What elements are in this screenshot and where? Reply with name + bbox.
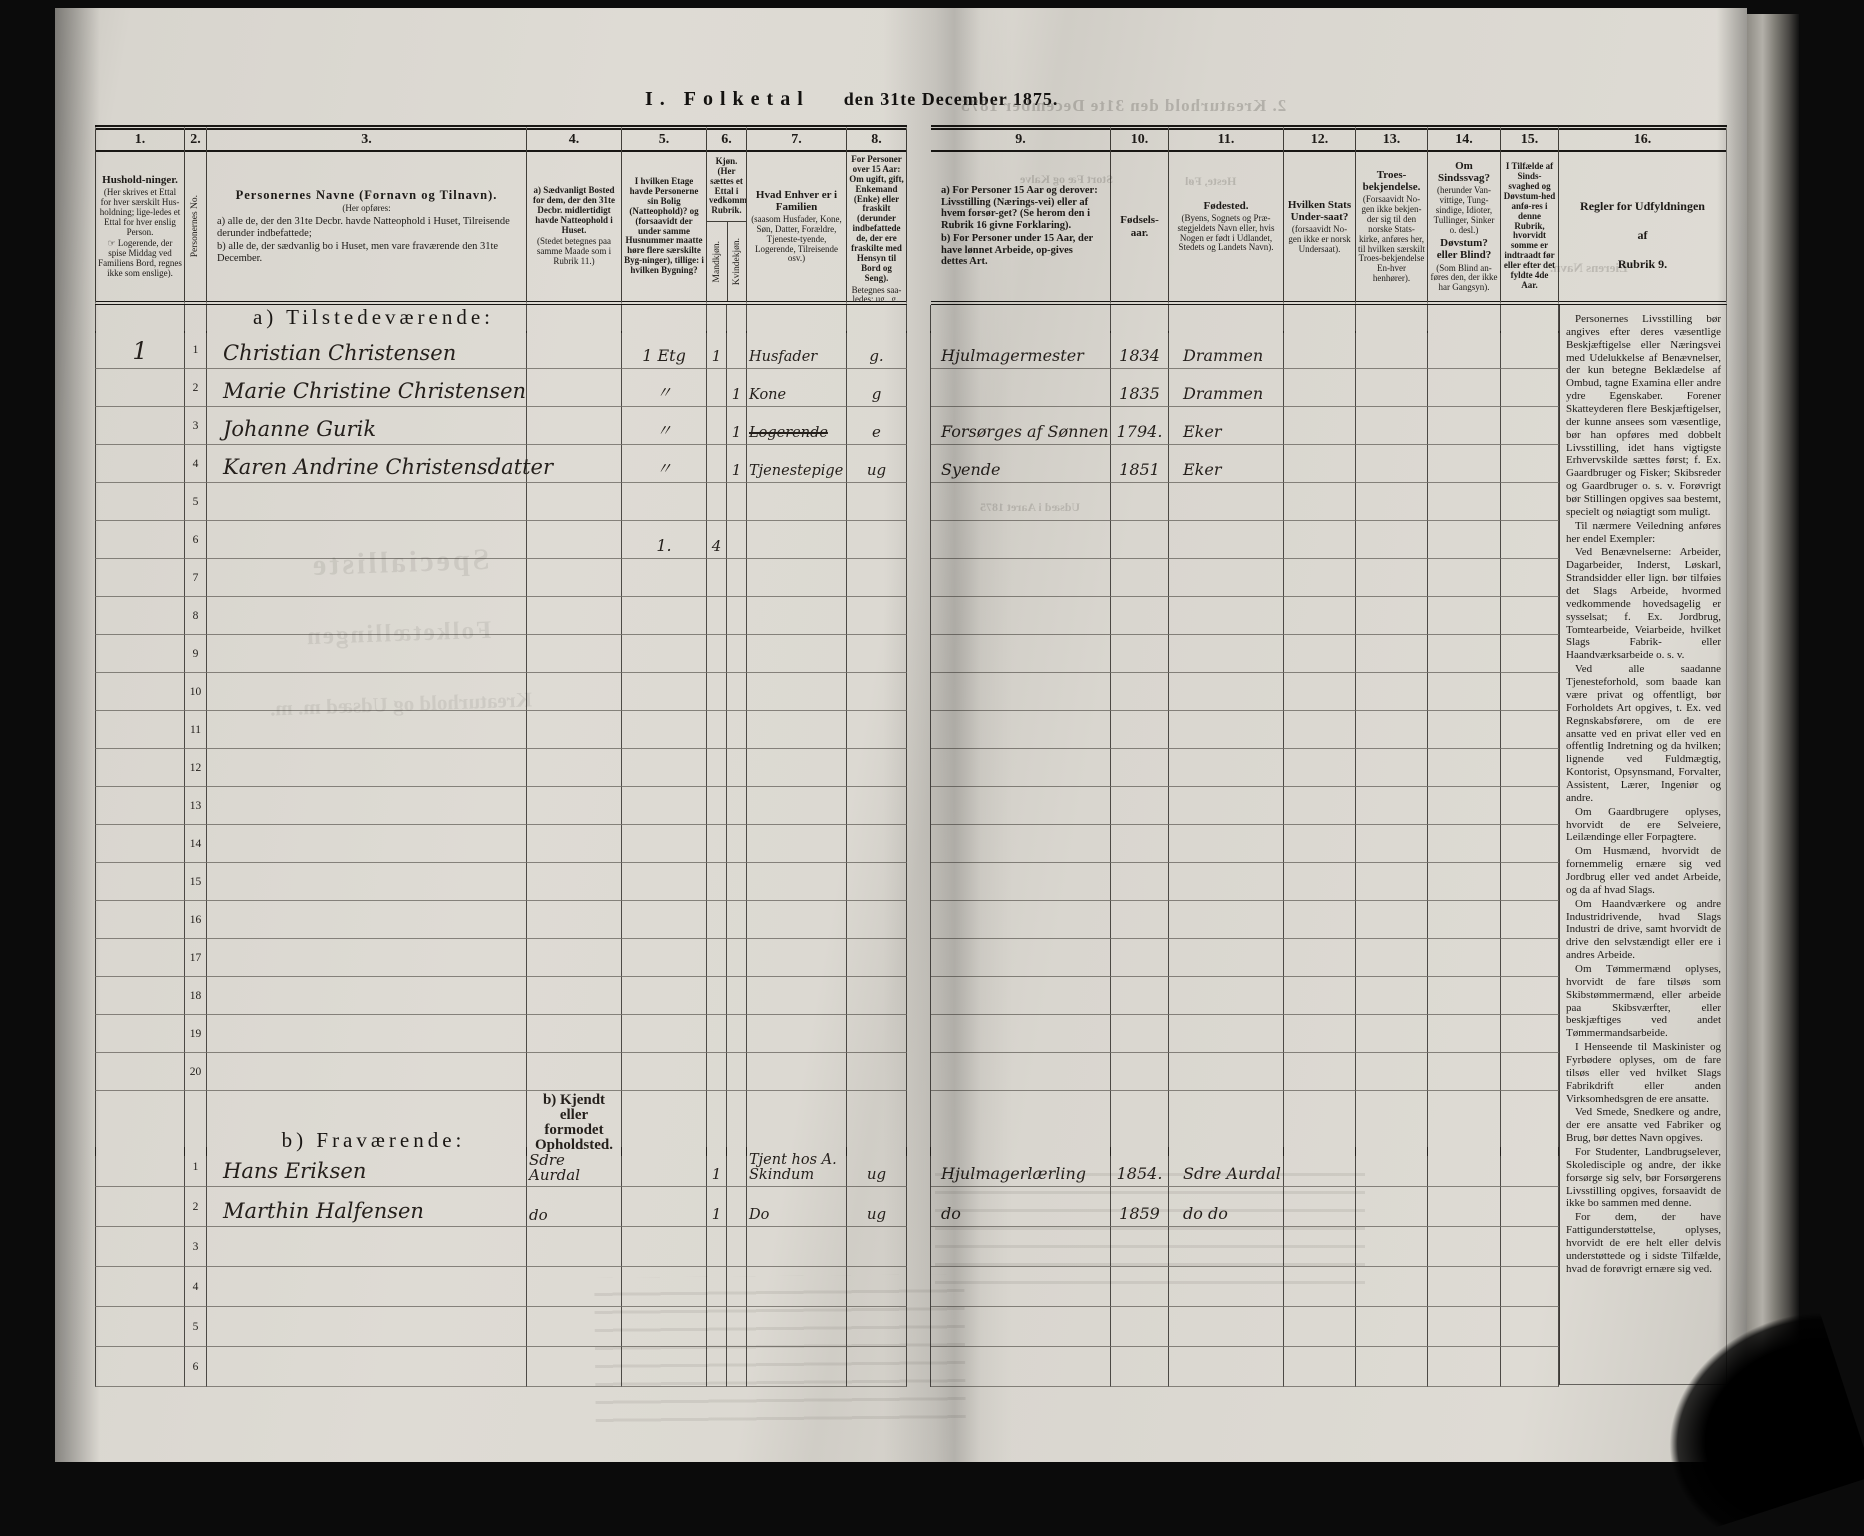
cell-no: 6 (185, 521, 207, 559)
col-text: a) Sædvanligt Bosted for dem, der den 31… (529, 186, 619, 235)
table-row: 14 (95, 825, 1559, 863)
cell-m (707, 1053, 727, 1091)
cell-sted: Drammen (1169, 369, 1284, 407)
cell-no: 2 (185, 369, 207, 407)
table-row: 18 (95, 977, 1559, 1015)
instruction-paragraph: For Studenter, Landbrugselever, Skoledis… (1566, 1146, 1721, 1210)
col-header-husholdninger: 1. Hushold-ninger. (Her skrives et Ettal… (95, 125, 185, 305)
cell-tilf (1501, 483, 1559, 521)
cell-tilf (1501, 521, 1559, 559)
cell-stats (1284, 521, 1356, 559)
cell-hh (95, 483, 185, 521)
cell-sind (1428, 331, 1501, 369)
cell-familie (747, 1053, 847, 1091)
col-title: Hvad Enhver er i Familien (749, 189, 844, 213)
cell-bosted (527, 673, 622, 711)
col-note: (forsaavidt No-gen ikke er norsk Undersa… (1286, 225, 1353, 255)
cell-troes (1356, 331, 1428, 369)
col-title: Fødested. (1171, 200, 1281, 212)
cell-k (727, 1347, 747, 1387)
cell-no: 6 (185, 1347, 207, 1387)
cell-aar (1111, 939, 1169, 977)
cell-name: a) Tilstedeværende: (207, 305, 527, 333)
cell-troes (1356, 977, 1428, 1015)
cell-name (207, 1015, 527, 1053)
cell-aar: 1859 (1111, 1187, 1169, 1227)
col-header-statsborgerskab: 12. Hvilken Stats Under-saat? (forsaavid… (1284, 125, 1356, 305)
cell-m (707, 1347, 727, 1387)
table-row: 61.4 (95, 521, 1559, 559)
cell-bosted (527, 1053, 622, 1091)
col-number: 2. (185, 130, 206, 152)
cell-troes (1356, 635, 1428, 673)
cell-sind (1428, 1015, 1501, 1053)
cell-tilf (1501, 787, 1559, 825)
cell-familie (747, 635, 847, 673)
table-row: 4Karen Andrine Christensdatter〃1Tjeneste… (95, 445, 1559, 483)
cell-m (707, 483, 727, 521)
cell-tilf (1501, 1015, 1559, 1053)
cell-bosted (527, 977, 622, 1015)
col-number: 16. (1559, 130, 1726, 152)
cell-aar (1111, 305, 1169, 333)
scan-background: I. Folketalden 31te December 1875. 2. Kr… (0, 0, 1864, 1536)
paper-edge-shadow (55, 8, 100, 1462)
cell-no: 8 (185, 597, 207, 635)
cell-troes (1356, 787, 1428, 825)
col-text: Kjøn. (Her sættes et Ettal i vedkommende… (709, 157, 744, 216)
paper-edge-shadow (1717, 8, 1747, 1462)
instruction-paragraph: Til nærmere Veiledning anføres her endel… (1566, 520, 1721, 546)
col-number: 11. (1169, 130, 1283, 152)
table-row: 8 (95, 597, 1559, 635)
cell-hh (95, 369, 185, 407)
cell-etage: 〃 (622, 445, 707, 483)
cell-k (727, 331, 747, 369)
cell-tilf (1501, 1347, 1559, 1387)
cell-bosted (527, 445, 622, 483)
cell-m (707, 825, 727, 863)
cell-hh (95, 939, 185, 977)
cell-etage (622, 305, 707, 333)
cell-m (707, 673, 727, 711)
table-row: 3 (95, 1227, 1559, 1267)
cell-k: 1 (727, 369, 747, 407)
cell-k (727, 1307, 747, 1347)
col-header-kjon: 6. Kjøn. (Her sættes et Ettal i vedkomme… (707, 125, 747, 305)
cell-m (707, 1015, 727, 1053)
cell-k (727, 597, 747, 635)
cell-no: 4 (185, 1267, 207, 1307)
cell-no (185, 305, 207, 333)
cell-etage (622, 1267, 707, 1307)
table-row: 1Hans EriksenSdre Aurdal1Tjent hos A. Sk… (95, 1147, 1559, 1187)
cell-etage (622, 1347, 707, 1387)
cell-sted (1169, 1227, 1284, 1267)
cell-k (727, 1267, 747, 1307)
table-body: a) Tilstedeværende:11Christian Christens… (95, 305, 1559, 1385)
col-number: 15. (1501, 130, 1558, 152)
cell-sted (1169, 1053, 1284, 1091)
cell-m (707, 369, 727, 407)
cell-etage (622, 1053, 707, 1091)
cell-troes (1356, 1147, 1428, 1187)
cell-bosted (527, 483, 622, 521)
cell-m (707, 305, 727, 333)
cell-no: 13 (185, 787, 207, 825)
col-note: (Stedet betegnes paa samme Maade som i R… (529, 237, 619, 267)
cell-k (727, 939, 747, 977)
cell-aar (1111, 673, 1169, 711)
cell-tilf (1501, 711, 1559, 749)
regler-title-line2: af (1559, 221, 1726, 250)
cell-aar (1111, 1227, 1169, 1267)
cell-name (207, 483, 527, 521)
cell-m (707, 749, 727, 787)
col-title-2: Døvstum? eller Blind? (1430, 237, 1498, 261)
cell-troes (1356, 305, 1428, 333)
cell-tilf (1501, 597, 1559, 635)
cell-m (707, 711, 727, 749)
cell-familie (747, 787, 847, 825)
cell-stats (1284, 305, 1356, 333)
cell-troes (1356, 1227, 1428, 1267)
cell-sind (1428, 863, 1501, 901)
cell-familie: Kone (747, 369, 847, 407)
cell-sted: Eker (1169, 407, 1284, 445)
cell-hh (95, 1347, 185, 1387)
cell-tilf (1501, 1307, 1559, 1347)
cell-aar: 1854. (1111, 1147, 1169, 1187)
cell-bosted (527, 749, 622, 787)
cell-aar: 1851 (1111, 445, 1169, 483)
cell-stats (1284, 749, 1356, 787)
cell-m (707, 939, 727, 977)
cell-k (727, 1227, 747, 1267)
cell-stats (1284, 1227, 1356, 1267)
cell-stats (1284, 445, 1356, 483)
cell-stats (1284, 977, 1356, 1015)
regler-title-line1: Regler for Udfyldningen (1559, 192, 1726, 221)
cell-no: 3 (185, 407, 207, 445)
cell-bosted (527, 1015, 622, 1053)
cell-name (207, 1267, 527, 1307)
cell-aar: 1835 (1111, 369, 1169, 407)
cell-sted (1169, 1267, 1284, 1307)
cell-familie: Tjenestepige (747, 445, 847, 483)
cell-tilf (1501, 445, 1559, 483)
cell-aar (1111, 825, 1169, 863)
cell-tilf (1501, 1267, 1559, 1307)
cell-tilf (1501, 1053, 1559, 1091)
cell-m: 4 (707, 521, 727, 559)
cell-k (727, 305, 747, 333)
cell-bosted (527, 407, 622, 445)
cell-hh (95, 673, 185, 711)
col-number: 12. (1284, 130, 1355, 152)
col-number: 7. (747, 130, 846, 152)
cell-k (727, 521, 747, 559)
cell-bosted: Sdre Aurdal (527, 1147, 622, 1187)
cell-sted (1169, 863, 1284, 901)
cell-troes (1356, 483, 1428, 521)
cell-bosted (527, 597, 622, 635)
cell-troes (1356, 863, 1428, 901)
cell-m (707, 901, 727, 939)
regler-title-line3: Rubrik 9. (1559, 250, 1726, 279)
cell-stats (1284, 787, 1356, 825)
cell-stats (1284, 1267, 1356, 1307)
cell-name (207, 1307, 527, 1347)
cell-troes (1356, 1015, 1428, 1053)
cell-familie (747, 305, 847, 333)
col-header-etage: 5. I hvilken Etage havde Personerne sin … (622, 125, 707, 305)
cell-sind (1428, 521, 1501, 559)
table-row: 9 (95, 635, 1559, 673)
col-header-personernes-no: 2. Personernes No. (185, 125, 207, 305)
cell-etage (622, 1015, 707, 1053)
cell-sted (1169, 1307, 1284, 1347)
cell-hh (95, 863, 185, 901)
cell-etage (622, 749, 707, 787)
cell-hh (95, 977, 185, 1015)
instruction-paragraph: I Henseende til Maskinister og Fyrbødere… (1566, 1041, 1721, 1105)
cell-sind (1428, 1227, 1501, 1267)
cell-stats (1284, 1347, 1356, 1387)
cell-m (707, 445, 727, 483)
table-row: 7 (95, 559, 1559, 597)
cell-etage (622, 1227, 707, 1267)
cell-aar (1111, 483, 1169, 521)
cell-troes (1356, 407, 1428, 445)
cell-k (727, 901, 747, 939)
cell-no: 11 (185, 711, 207, 749)
cell-m (707, 635, 727, 673)
col-number: 14. (1428, 130, 1500, 152)
cell-k (727, 1015, 747, 1053)
col-body: (Her skrives et Ettal for hver særskilt … (98, 188, 182, 237)
cell-troes (1356, 597, 1428, 635)
cell-sted (1169, 521, 1284, 559)
cell-hh (95, 305, 185, 333)
cell-etage (622, 711, 707, 749)
cell-no: 20 (185, 1053, 207, 1091)
cell-m: 1 (707, 1187, 727, 1227)
cell-name: Marthin Halfensen (207, 1187, 527, 1227)
col-header-regler: 16. Regler for Udfyldningen af Rubrik 9. (1559, 125, 1727, 305)
cell-stats (1284, 1147, 1356, 1187)
cell-no: 2 (185, 1187, 207, 1227)
cell-bosted (527, 521, 622, 559)
cell-etage (622, 787, 707, 825)
cell-bosted (527, 787, 622, 825)
cell-etage (622, 1307, 707, 1347)
census-sheet: I. Folketalden 31te December 1875. 2. Kr… (55, 8, 1747, 1462)
cell-tilf (1501, 305, 1559, 333)
table-row: 2Marthin Halfensendo1Dougdo1859do do (95, 1187, 1559, 1227)
cell-name (207, 749, 527, 787)
cell-tilf (1501, 369, 1559, 407)
cell-tilf (1501, 407, 1559, 445)
col-number: 4. (527, 130, 621, 152)
cell-familie: Husfader (747, 331, 847, 369)
cell-sted (1169, 749, 1284, 787)
cell-sind (1428, 597, 1501, 635)
table-row: a) Tilstedeværende: (95, 305, 1559, 331)
cell-hh (95, 559, 185, 597)
cell-aar (1111, 787, 1169, 825)
cell-name (207, 1053, 527, 1091)
cell-tilf (1501, 1187, 1559, 1227)
cell-sind (1428, 305, 1501, 333)
cell-familie (747, 863, 847, 901)
cell-no: 3 (185, 1227, 207, 1267)
cell-name (207, 977, 527, 1015)
cell-name (207, 673, 527, 711)
cell-name (207, 711, 527, 749)
cell-etage (622, 559, 707, 597)
cell-name: Hans Eriksen (207, 1147, 527, 1187)
cell-tilf (1501, 673, 1559, 711)
cell-familie (747, 1227, 847, 1267)
cell-aar: 1794. (1111, 407, 1169, 445)
table-row: 12 (95, 749, 1559, 787)
col-title: Om Sindssvag? (1430, 160, 1498, 184)
cell-aar: 1834 (1111, 331, 1169, 369)
cell-no: 4 (185, 445, 207, 483)
col-title: Personernes Navne (Fornavn og Tilnavn). (209, 189, 524, 203)
instruction-paragraph: Om Haandværkere og andre Industridrivend… (1566, 898, 1721, 962)
cell-m (707, 1307, 727, 1347)
cell-aar (1111, 559, 1169, 597)
cell-no: 14 (185, 825, 207, 863)
cell-bosted (527, 1227, 622, 1267)
cell-name (207, 863, 527, 901)
cell-sind (1428, 787, 1501, 825)
instruction-paragraph: Om Tømmermænd oplyses, hvorvidt de fare … (1566, 963, 1721, 1040)
col-note: (herunder Van-vittige, Tung-sindige, Idi… (1430, 186, 1498, 235)
cell-name: Marie Christine Christensen (207, 369, 527, 407)
cell-k (727, 787, 747, 825)
col-number: 1. (96, 130, 184, 152)
col-note: (Byens, Sognets og Præ-stegjeldets Navn … (1171, 214, 1281, 254)
col-title-vertical: Personernes No. (190, 195, 200, 257)
cell-troes (1356, 445, 1428, 483)
cell-stats (1284, 331, 1356, 369)
cell-etage (622, 863, 707, 901)
instruction-paragraph: Personernes Livsstilling bør angives eft… (1566, 313, 1721, 519)
cell-troes (1356, 1267, 1428, 1307)
cell-troes (1356, 369, 1428, 407)
cell-stats (1284, 369, 1356, 407)
instruction-paragraph: Ved Smede, Snedkere og andre, der ere an… (1566, 1106, 1721, 1145)
cell-bosted (527, 635, 622, 673)
col-note: ☞ Logerende, der spise Middag ved Famili… (98, 239, 182, 279)
cell-m (707, 407, 727, 445)
cell-hh (95, 901, 185, 939)
cell-k (727, 711, 747, 749)
cell-etage (622, 673, 707, 711)
cell-stats (1284, 1053, 1356, 1091)
table-row: 11 (95, 711, 1559, 749)
cell-stats (1284, 1187, 1356, 1227)
col-number: 5. (622, 130, 706, 152)
cell-sted: Drammen (1169, 331, 1284, 369)
cell-troes (1356, 825, 1428, 863)
cell-sind (1428, 749, 1501, 787)
cell-m (707, 559, 727, 597)
cell-sind (1428, 635, 1501, 673)
cell-k (727, 863, 747, 901)
cell-familie (747, 749, 847, 787)
cell-stats (1284, 559, 1356, 597)
cell-hh (95, 1227, 185, 1267)
cell-etage: 〃 (622, 369, 707, 407)
cell-familie (747, 825, 847, 863)
col-item-b: b) alle de, der sædvanlig bo i Huset, me… (209, 241, 524, 264)
cell-stats (1284, 407, 1356, 445)
col-text: I Tilfælde af Sinds-svaghed og Døvstum-h… (1503, 162, 1556, 291)
col-header-bosted: 4. a) Sædvanligt Bosted for dem, der den… (527, 125, 622, 305)
cell-bosted: do (527, 1187, 622, 1227)
cell-name (207, 901, 527, 939)
instruction-paragraph: Ved Benævnelserne: Arbeider, Dagarbeider… (1566, 546, 1721, 662)
cell-name (207, 559, 527, 597)
cell-familie: Logerende (747, 407, 847, 445)
cell-familie (747, 673, 847, 711)
cell-troes (1356, 1347, 1428, 1387)
cell-no: 7 (185, 559, 207, 597)
cell-name (207, 1227, 527, 1267)
col-number: 10. (1111, 130, 1168, 152)
cell-k (727, 1147, 747, 1187)
cell-no: 18 (185, 977, 207, 1015)
col-title: Troes-bekjendelse. (1358, 169, 1425, 193)
cell-tilf (1501, 331, 1559, 369)
cell-tilf (1501, 749, 1559, 787)
col-header-sindssvag: 14. Om Sindssvag? (herunder Van-vittige,… (1428, 125, 1501, 305)
cell-troes (1356, 1187, 1428, 1227)
cell-etage (622, 635, 707, 673)
cell-etage (622, 977, 707, 1015)
cell-k (727, 673, 747, 711)
cell-sted (1169, 1347, 1284, 1387)
cell-m: 1 (707, 331, 727, 369)
cell-name (207, 521, 527, 559)
cell-no: 9 (185, 635, 207, 673)
cell-familie (747, 977, 847, 1015)
cell-sind (1428, 369, 1501, 407)
cell-tilf (1501, 825, 1559, 863)
page-stack-edge (1747, 14, 1799, 1464)
cell-sted (1169, 977, 1284, 1015)
cell-sted (1169, 559, 1284, 597)
cell-bosted (527, 711, 622, 749)
table-row: 4 (95, 1267, 1559, 1307)
cell-bosted (527, 1347, 622, 1387)
cell-bosted (527, 369, 622, 407)
cell-stats (1284, 863, 1356, 901)
cell-aar (1111, 635, 1169, 673)
cell-sted (1169, 939, 1284, 977)
instruction-paragraph: Om Husmænd, hvorvidt de fornemmelig ernæ… (1566, 845, 1721, 896)
cell-hh (95, 1267, 185, 1307)
cell-aar (1111, 1347, 1169, 1387)
col-mandkjon: Mandkjøn. (712, 241, 722, 282)
cell-name (207, 825, 527, 863)
cell-bosted (527, 863, 622, 901)
cell-familie (747, 1307, 847, 1347)
